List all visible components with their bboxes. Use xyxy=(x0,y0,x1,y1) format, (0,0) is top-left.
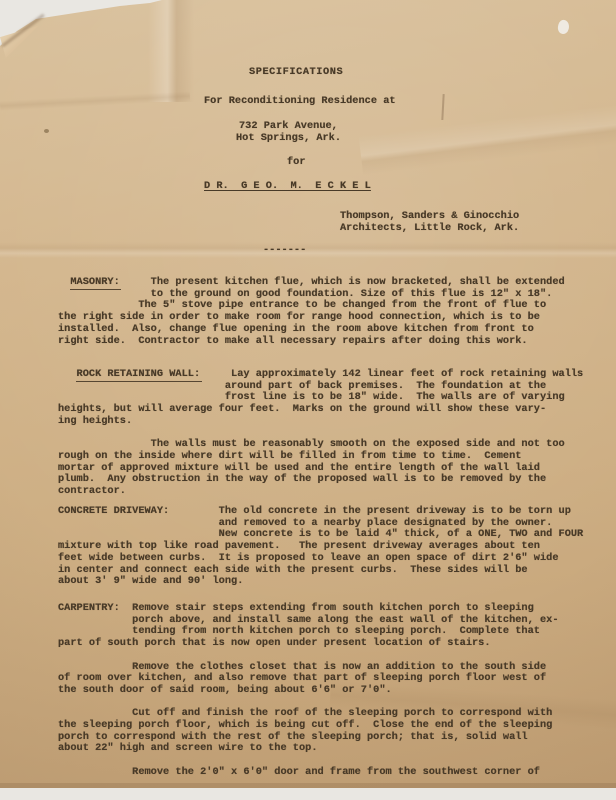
scanned-document: SPECIFICATIONS For Reconditioning Reside… xyxy=(0,0,616,800)
paper-sheet: SPECIFICATIONS For Reconditioning Reside… xyxy=(0,0,616,800)
masonry-heading-underline xyxy=(70,289,121,290)
paper-speck xyxy=(44,129,49,133)
for-label: for xyxy=(287,156,306,168)
architect-firm-line1: Thompson, Sanders & Ginocchio xyxy=(340,210,519,222)
rock-wall-heading-underline xyxy=(76,381,202,382)
client-name: D R. G E O. M. E C K E L xyxy=(204,180,371,192)
section-masonry: MASONRY: The present kitchen flue, which… xyxy=(58,277,565,347)
address-line-2: Hot Springs, Ark. xyxy=(236,132,341,144)
section-concrete-driveway: CONCRETE DRIVEWAY: The old concrete in t… xyxy=(58,506,583,588)
paper-bottom-edge xyxy=(0,783,616,788)
address-line-1: 732 Park Avenue, xyxy=(239,120,338,132)
document-subtitle: For Reconditioning Residence at xyxy=(204,95,396,107)
architect-firm-line2: Architects, Little Rock, Ark. xyxy=(340,222,519,234)
architect-firm: Thompson, Sanders & Ginocchio Architects… xyxy=(340,210,519,234)
separator-dashes: ------- xyxy=(263,244,306,256)
paper-crease xyxy=(0,242,616,258)
document-title: SPECIFICATIONS xyxy=(249,66,343,78)
paper-crease xyxy=(148,0,194,102)
section-carpentry: CARPENTRY: Remove stair steps extending … xyxy=(58,603,559,779)
section-rock-retaining-wall: ROCK RETAINING WALL: Lay approximately 1… xyxy=(58,369,583,498)
